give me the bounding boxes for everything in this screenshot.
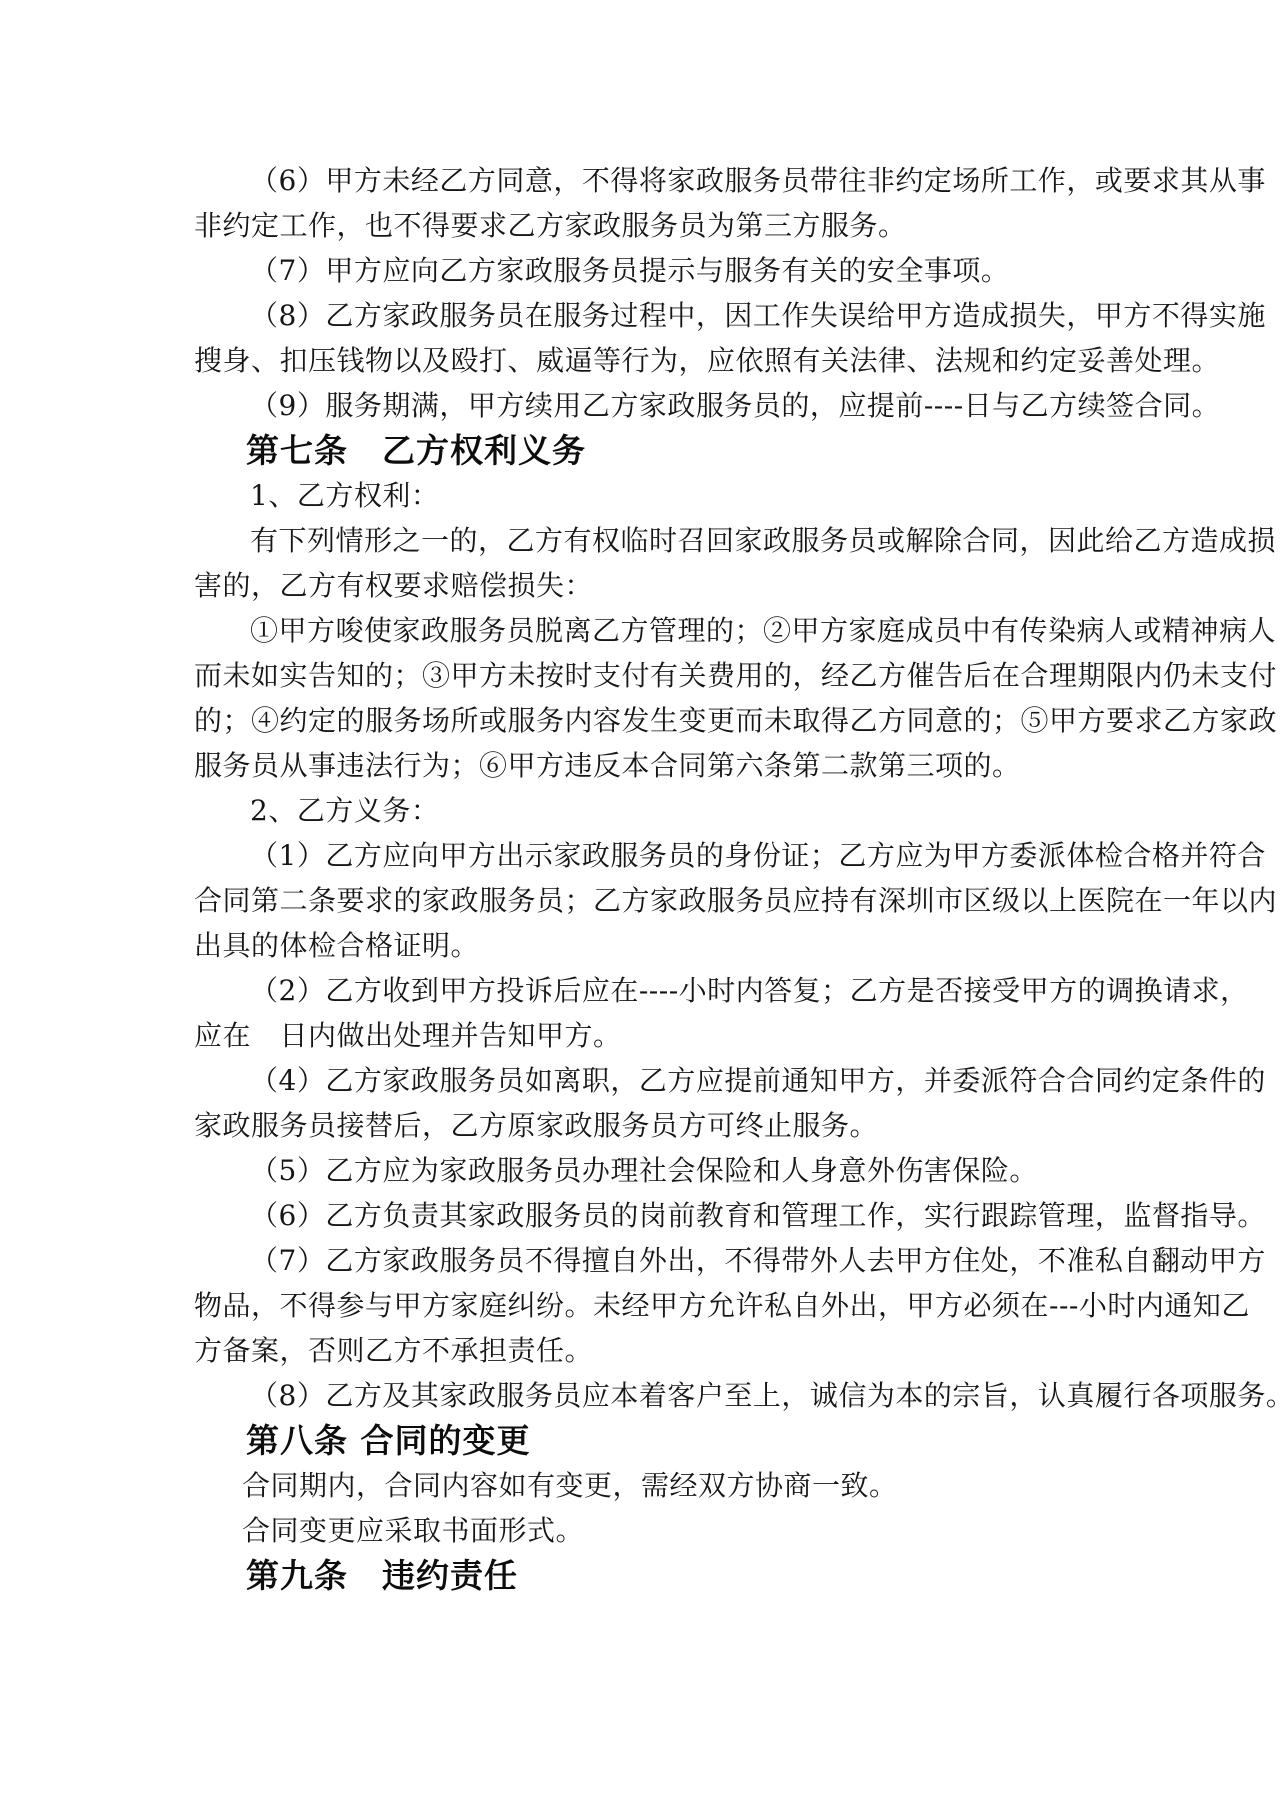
section-heading: 第九条 违约责任 xyxy=(194,1553,1184,1598)
section-heading: 第八条 合同的变更 xyxy=(194,1418,1184,1463)
document-line: 1、乙方权利： xyxy=(194,473,1184,518)
document-line: 搜身、扣压钱物以及殴打、威逼等行为，应依照有关法律、法规和约定妥善处理。 xyxy=(194,338,1184,383)
document-line: （2）乙方收到甲方投诉后应在----小时内答复；乙方是否接受甲方的调换请求， xyxy=(194,968,1184,1013)
document-page: （6）甲方未经乙方同意，不得将家政服务员带往非约定场所工作，或要求其从事非约定工… xyxy=(0,0,1280,1810)
document-line: （6）甲方未经乙方同意，不得将家政服务员带往非约定场所工作，或要求其从事 xyxy=(194,158,1184,203)
document-line: 的；④约定的服务场所或服务内容发生变更而未取得乙方同意的；⑤甲方要求乙方家政 xyxy=(194,698,1184,743)
document-line: （5）乙方应为家政服务员办理社会保险和人身意外伤害保险。 xyxy=(194,1148,1184,1193)
document-line: 而未如实告知的；③甲方未按时支付有关费用的，经乙方催告后在合理期限内仍未支付 xyxy=(194,653,1184,698)
document-line: （8）乙方及其家政服务员应本着客户至上，诚信为本的宗旨，认真履行各项服务。 xyxy=(194,1373,1184,1418)
document-line: 方备案，否则乙方不承担责任。 xyxy=(194,1328,1184,1373)
document-line: （7）甲方应向乙方家政服务员提示与服务有关的安全事项。 xyxy=(194,248,1184,293)
document-line: ①甲方唆使家政服务员脱离乙方管理的；②甲方家庭成员中有传染病人或精神病人 xyxy=(194,608,1184,653)
document-line: （1）乙方应向甲方出示家政服务员的身份证；乙方应为甲方委派体检合格并符合 xyxy=(194,833,1184,878)
document-line: 2、乙方义务： xyxy=(194,788,1184,833)
document-line: 害的，乙方有权要求赔偿损失： xyxy=(194,563,1184,608)
document-line: 服务员从事违法行为；⑥甲方违反本合同第六条第二款第三项的。 xyxy=(194,743,1184,788)
document-line: （6）乙方负责其家政服务员的岗前教育和管理工作，实行跟踪管理，监督指导。 xyxy=(194,1193,1184,1238)
document-line: 物品，不得参与甲方家庭纠纷。未经甲方允许私自外出，甲方必须在---小时内通知乙 xyxy=(194,1283,1184,1328)
document-line: （4）乙方家政服务员如离职，乙方应提前通知甲方，并委派符合合同约定条件的 xyxy=(194,1058,1184,1103)
document-line: 合同第二条要求的家政服务员；乙方家政服务员应持有深圳市区级以上医院在一年以内 xyxy=(194,878,1184,923)
document-line: 非约定工作，也不得要求乙方家政服务员为第三方服务。 xyxy=(194,203,1184,248)
document-line: 出具的体检合格证明。 xyxy=(194,923,1184,968)
document-line: 合同期内，合同内容如有变更，需经双方协商一致。 xyxy=(194,1463,1184,1508)
document-line: （8）乙方家政服务员在服务过程中，因工作失误给甲方造成损失，甲方不得实施 xyxy=(194,293,1184,338)
section-heading: 第七条 乙方权利义务 xyxy=(194,428,1184,473)
document-line: 有下列情形之一的，乙方有权临时召回家政服务员或解除合同，因此给乙方造成损 xyxy=(194,518,1184,563)
document-line: 合同变更应采取书面形式。 xyxy=(194,1508,1184,1553)
document-line: 应在 日内做出处理并告知甲方。 xyxy=(194,1013,1184,1058)
document-line: （9）服务期满，甲方续用乙方家政服务员的，应提前----日与乙方续签合同。 xyxy=(194,383,1184,428)
document-line: （7）乙方家政服务员不得擅自外出，不得带外人去甲方住处，不准私自翻动甲方 xyxy=(194,1238,1184,1283)
document-line: 家政服务员接替后，乙方原家政服务员方可终止服务。 xyxy=(194,1103,1184,1148)
document-body: （6）甲方未经乙方同意，不得将家政服务员带往非约定场所工作，或要求其从事非约定工… xyxy=(194,158,1184,1598)
